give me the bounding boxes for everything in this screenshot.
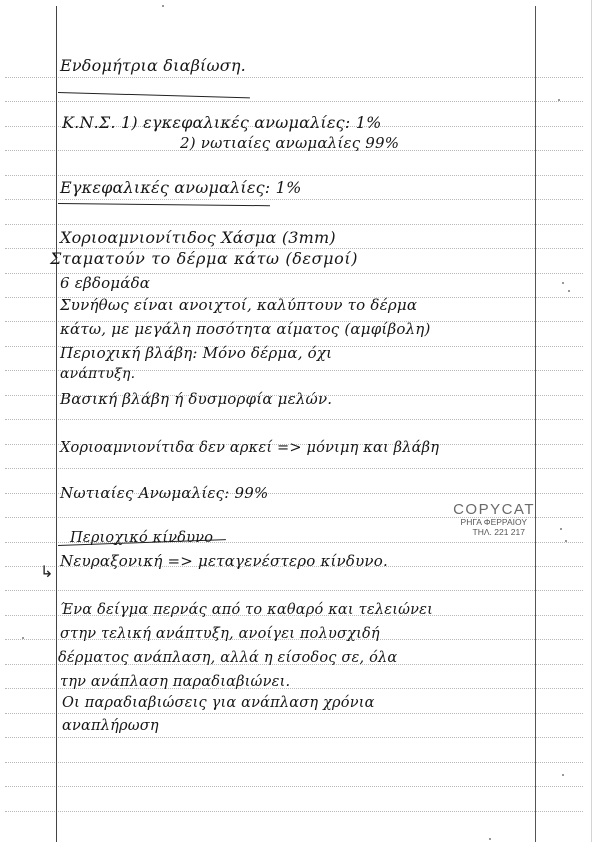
heading-underline	[58, 203, 270, 206]
ruled-line	[5, 811, 583, 812]
page-edge	[591, 0, 592, 842]
ruled-line	[5, 77, 583, 78]
note-line: Χοριοαμνιονίτιδα δεν αρκεί => μόνιμη και…	[60, 440, 439, 456]
copy-shop-stamp: COPYCAT ΡΗΓΑ ΦΕΡΡΑΙΟΥ ΤΗΛ. 221 217	[423, 502, 535, 537]
ruled-line	[5, 175, 583, 176]
note-line: Ένα δείγμα περνάς από το καθαρό και τελε…	[60, 602, 433, 618]
title-underline	[58, 92, 250, 98]
ruled-line	[5, 786, 583, 787]
note-line: κάτω, με μεγάλη ποσότητα αίματος (αμφίβο…	[60, 320, 431, 338]
section-heading: Νωτιαίες Ανωμαλίες: 99%	[60, 484, 268, 502]
notebook-page: Ενδομήτρια διαβίωση. Κ.Ν.Σ. 1) εγκεφαλικ…	[0, 0, 595, 842]
ruled-line	[5, 737, 583, 738]
stamp-address: ΡΗΓΑ ΦΕΡΡΑΙΟΥ	[423, 517, 535, 527]
margin-arrow-icon: ↳	[40, 562, 53, 581]
scan-speck	[562, 774, 564, 776]
stamp-title: COPYCAT	[423, 502, 535, 517]
note-line: δέρματος ανάπλαση, αλλά η είσοδος σε, όλ…	[58, 650, 397, 666]
scan-speck	[568, 290, 570, 292]
right-margin-line	[535, 6, 536, 842]
note-line: Νευραξονική => μεταγενέστερο κίνδυνο.	[60, 552, 388, 570]
stamp-phone: ΤΗΛ. 221 217	[423, 527, 535, 537]
notes-title: Ενδομήτρια διαβίωση.	[60, 56, 246, 75]
note-line: Οι παραδιαβιώσεις για ανάπλαση χρόνια	[62, 695, 375, 711]
note-line: 6 εβδομάδα	[60, 274, 150, 292]
ruled-line	[5, 468, 583, 469]
ruled-line	[5, 419, 583, 420]
note-line: αναπλήρωση	[62, 718, 159, 734]
section-heading: Εγκεφαλικές ανωμαλίες: 1%	[60, 178, 301, 197]
ruled-line	[5, 590, 583, 591]
note-line: ανάπτυξη.	[60, 366, 135, 382]
scan-speck	[565, 540, 567, 542]
note-line: την ανάπλαση παραδιαβιώνει.	[60, 674, 290, 690]
note-line: Χοριοαμνιονίτιδος Χάσμα (3mm)	[60, 228, 336, 247]
scan-speck	[560, 528, 562, 530]
scan-speck	[489, 838, 491, 840]
note-line: Περιοχική βλάβη: Μόνο δέρμα, όχι	[60, 344, 332, 362]
note-line: Βασική βλάβη ή δυσμορφία μελών.	[60, 390, 332, 408]
ruled-line	[5, 101, 583, 102]
left-margin-line	[56, 6, 57, 842]
note-line: Περιοχικό κίνδυνο	[70, 530, 213, 546]
note-line: Σταματούν το δέρμα κάτω (δεσμοί)	[50, 249, 358, 268]
scan-speck	[162, 5, 164, 7]
scan-speck	[558, 99, 560, 101]
note-line: στην τελική ανάπτυξη, ανοίγει πολυσχιδή	[60, 626, 380, 642]
ruled-line	[5, 224, 583, 225]
note-line: Κ.Ν.Σ. 1) εγκεφαλικές ανωμαλίες: 1%	[62, 113, 382, 132]
scan-speck	[22, 637, 24, 639]
ruled-line	[5, 713, 583, 714]
note-line: 2) νωτιαίες ανωμαλίες 99%	[180, 134, 399, 152]
ruled-line	[5, 199, 583, 200]
scan-speck	[562, 282, 564, 284]
note-line: Συνήθως είναι ανοιχτοί, καλύπτουν το δέρ…	[60, 296, 417, 314]
ruled-line	[5, 762, 583, 763]
